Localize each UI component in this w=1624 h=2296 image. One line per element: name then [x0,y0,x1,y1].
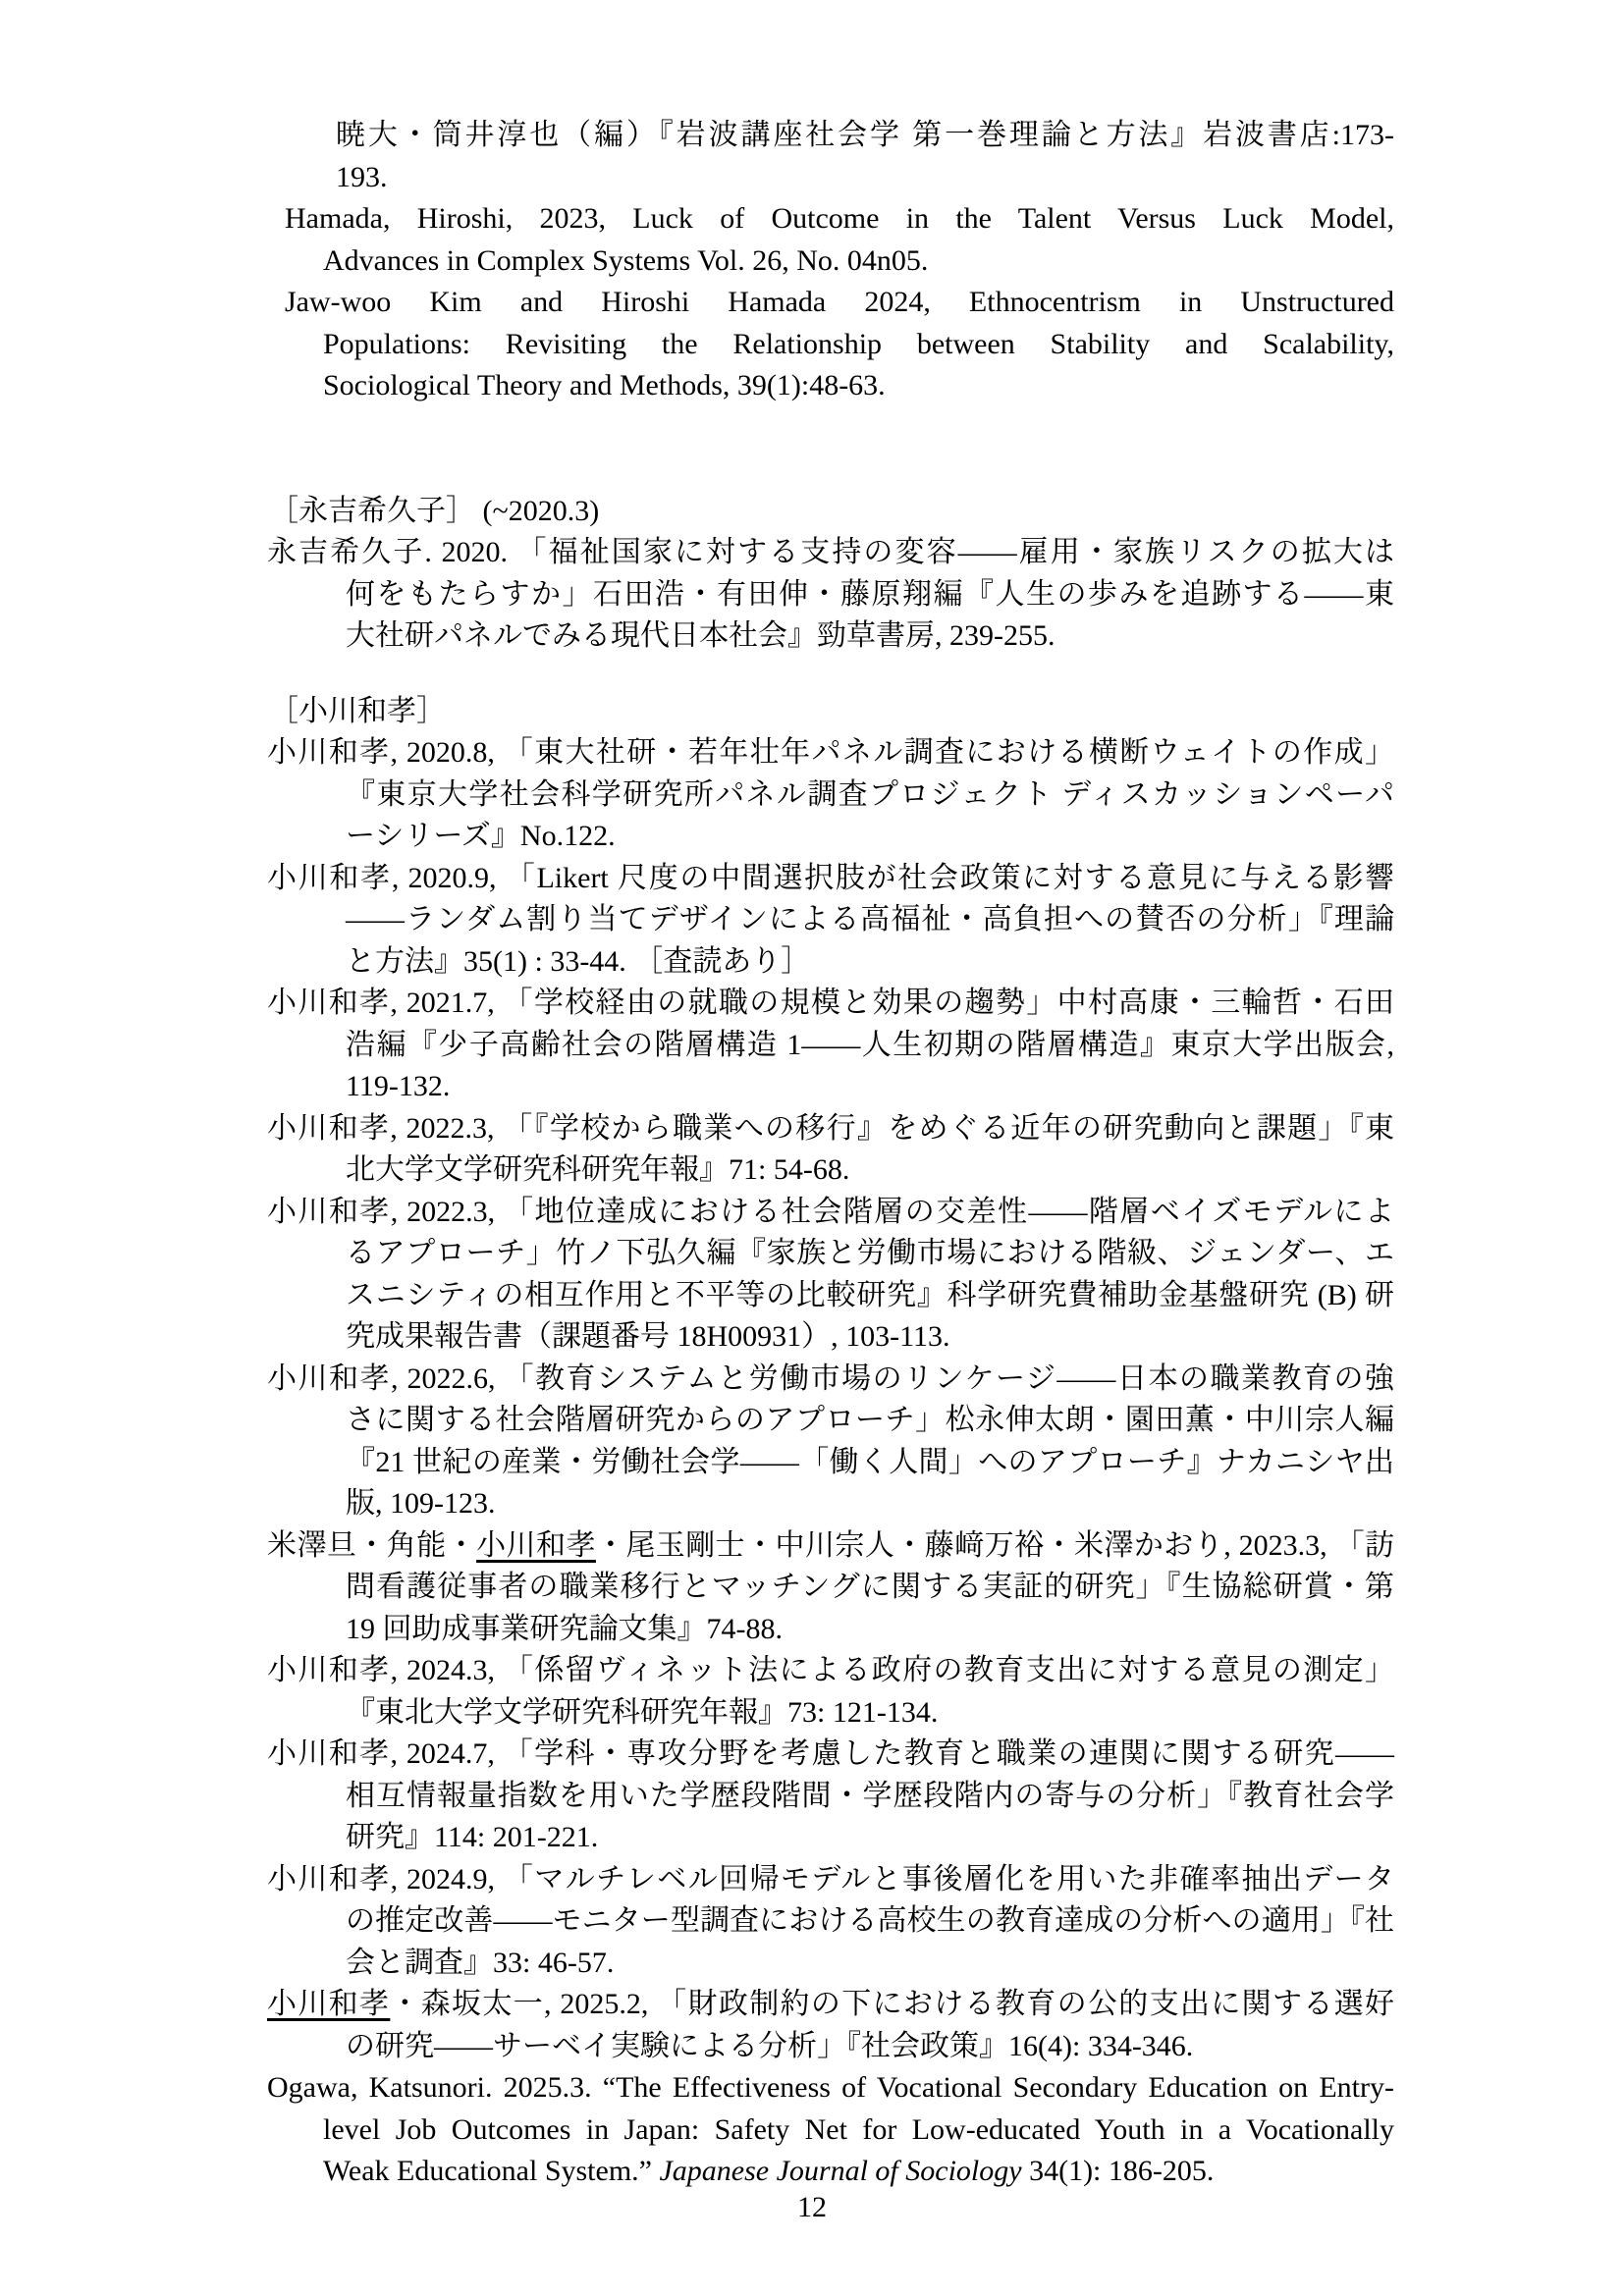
entry-nagayoshi-2020: 永吉希久子. 2020. 「福祉国家に対する支持の変容――雇用・家族リスクの拡大… [267,532,1394,658]
entry-line: 193. [267,157,1394,199]
entry-text: Sociological Theory and Methods, 39(1):4… [323,369,886,401]
entry-line: 小川和孝, 2024.9, 「マルチレベル回帰モデルと事後層化を用いた非確率抽出… [267,1859,1394,1901]
entry-carryover-iwanami: 暁大・筒井淳也（編）『岩波講座社会学 第一巻理論と方法』岩波書店:173-193… [267,115,1394,198]
entry-ogawa-morisaka-2025-2: 小川和孝・森坂太一, 2025.2, 「財政制約の下における教育の公的支出に関す… [267,1984,1394,2067]
page-number: 12 [0,2187,1624,2229]
entry-line: 究成果報告書（課題番号 18H00931）, 103-113. [267,1316,1394,1359]
entry-line: 暁大・筒井淳也（編）『岩波講座社会学 第一巻理論と方法』岩波書店:173- [267,115,1394,157]
entry-line: 小川和孝, 2022.6, 「教育システムと労働市場のリンケージ――日本の職業教… [267,1359,1394,1401]
entry-text: 小川和孝, 2024.7, 「学科・専攻分野を考慮した教育と職業の連関に関する研… [267,1737,1394,1770]
entry-line: 浩編『少子高齢社会の階層構造 1――人生初期の階層構造』東京大学出版会, [267,1025,1394,1067]
entry-line: 小川和孝, 2024.3, 「係留ヴィネット法による政府の教育支出に対する意見の… [267,1650,1394,1692]
entry-text: Weak Educational System.” [323,2155,659,2187]
underlined-author: 小川和孝 [267,1988,390,2020]
entry-text: 究成果報告書（課題番号 18H00931）, 103-113. [346,1320,950,1353]
entry-line: 小川和孝, 2022.3, 「『学校から職業への移行』をめぐる近年の研究動向と課… [267,1108,1394,1150]
entry-text: Advances in Complex Systems Vol. 26, No.… [323,244,928,277]
entry-ogawa-2021-7: 小川和孝, 2021.7, 「学校経由の就職の規模と効果の趨勢」中村高康・三輪哲… [267,983,1394,1108]
entry-line: 小川和孝, 2022.3, 「地位達成における社会階層の交差性――階層ベイズモデ… [267,1192,1394,1234]
entry-line: 版, 109-123. [267,1483,1394,1525]
entry-text: ・森坂太一, 2025.2, 「財政制約の下における教育の公的支出に関する選好 [390,1988,1394,2020]
entry-text: 119-132. [346,1070,450,1102]
entry-text: 小川和孝, 2020.8, 「東大社研・若年壮年パネル調査における横断ウェイトの… [267,736,1394,769]
entry-text: Ogawa, Katsunori. 2025.3. “The Effective… [267,2071,1394,2104]
section-gap [267,407,1394,491]
entry-line: 研究』114: 201-221. [267,1817,1394,1859]
entry-text: 小川和孝, 2024.3, 「係留ヴィネット法による政府の教育支出に対する意見の… [267,1654,1394,1686]
entry-line: 米澤旦・角能・小川和孝・尾玉剛士・中川宗人・藤﨑万裕・米澤かおり, 2023.3… [267,1525,1394,1568]
entry-text: 永吉希久子. 2020. 「福祉国家に対する支持の変容――雇用・家族リスクの拡大… [267,536,1394,568]
entry-ogawa-2020-8: 小川和孝, 2020.8, 「東大社研・若年壮年パネル調査における横断ウェイトの… [267,732,1394,858]
entry-text: ーシリーズ』No.122. [346,820,616,852]
entry-text: 暁大・筒井淳也（編）『岩波講座社会学 第一巻理論と方法』岩波書店:173- [336,119,1394,151]
entry-line: 『東京大学社会科学研究所パネル調査プロジェクト ディスカッションペーパ [267,774,1394,817]
entry-ogawa-2024-7: 小川和孝, 2024.7, 「学科・専攻分野を考慮した教育と職業の連関に関する研… [267,1734,1394,1859]
entry-ogawa-2022-3-review: 小川和孝, 2022.3, 「『学校から職業への移行』をめぐる近年の研究動向と課… [267,1108,1394,1192]
entry-line: level Job Outcomes in Japan: Safety Net … [267,2109,1394,2152]
entry-text: 『21 世紀の産業・労働社会学――「働く人間」へのアプローチ』ナカニシヤ出 [346,1446,1394,1478]
entry-line: Sociological Theory and Methods, 39(1):4… [267,365,1394,407]
entry-text: 版, 109-123. [346,1487,496,1520]
entry-ogawa-2022-3-status: 小川和孝, 2022.3, 「地位達成における社会階層の交差性――階層ベイズモデ… [267,1192,1394,1359]
entry-line: Advances in Complex Systems Vol. 26, No.… [267,240,1394,283]
entry-text: 『東京大学社会科学研究所パネル調査プロジェクト ディスカッションペーパ [346,778,1394,811]
entry-text: の研究――サーベイ実験による分析」『社会政策』16(4): 334-346. [346,2030,1193,2062]
entry-text: と方法』35(1) : 33-44. ［査読あり］ [346,945,810,978]
entry-text: 北大学文学研究科研究年報』71: 54-68. [346,1153,849,1186]
entry-text: 会と調査』33: 46-57. [346,1947,614,1979]
journal-title-italic: Japanese Journal of Sociology [659,2155,1021,2187]
entry-line: ――ランダム割り当てデザインによる高福祉・高負担への賛否の分析」『理論 [267,899,1394,941]
entry-text: 193. [336,161,388,193]
entry-ogawa-2024-3: 小川和孝, 2024.3, 「係留ヴィネット法による政府の教育支出に対する意見の… [267,1650,1394,1734]
entry-text: 米澤旦・角能・ [267,1529,476,1562]
entry-line: 119-132. [267,1066,1394,1108]
bibliography: 暁大・筒井淳也（編）『岩波講座社会学 第一巻理論と方法』岩波書店:173-193… [267,115,1394,2193]
entry-text: 小川和孝, 2024.9, 「マルチレベル回帰モデルと事後層化を用いた非確率抽出… [267,1863,1394,1896]
entry-line: 問看護従事者の職業移行とマッチングに関する実証的研究」『生協総研賞・第 [267,1567,1394,1609]
entry-line: 小川和孝, 2020.9, 「Likert 尺度の中間選択肢が社会政策に対する意… [267,858,1394,900]
entry-text: 小川和孝, 2021.7, 「学校経由の就職の規模と効果の趨勢」中村高康・三輪哲… [267,987,1394,1019]
entry-line: ーシリーズ』No.122. [267,816,1394,858]
entry-line: 小川和孝, 2024.7, 「学科・専攻分野を考慮した教育と職業の連関に関する研… [267,1734,1394,1776]
entry-line: の研究――サーベイ実験による分析」『社会政策』16(4): 334-346. [267,2026,1394,2068]
entry-text: 『東北大学文学研究科研究年報』73: 121-134. [346,1696,938,1729]
entry-line: 相互情報量指数を用いた学歴段階間・学歴段階内の寄与の分析」『教育社会学 [267,1776,1394,1818]
entry-line: 北大学文学研究科研究年報』71: 54-68. [267,1149,1394,1192]
section-header-nagayoshi: ［永吉希久子］ (~2020.3) [267,491,1394,533]
entry-text: 小川和孝, 2020.9, 「Likert 尺度の中間選択肢が社会政策に対する意… [267,862,1394,894]
entry-text: 浩編『少子高齢社会の階層構造 1――人生初期の階層構造』東京大学出版会, [346,1029,1394,1061]
entry-line: 会と調査』33: 46-57. [267,1943,1394,1985]
entry-line: 『21 世紀の産業・労働社会学――「働く人間」へのアプローチ』ナカニシヤ出 [267,1442,1394,1484]
entry-ogawa-2020-9: 小川和孝, 2020.9, 「Likert 尺度の中間選択肢が社会政策に対する意… [267,858,1394,984]
entry-text: ・尾玉剛士・中川宗人・藤﨑万裕・米澤かおり, 2023.3, 「訪 [596,1529,1394,1562]
entry-ogawa-2022-6: 小川和孝, 2022.6, 「教育システムと労働市場のリンケージ――日本の職業教… [267,1359,1394,1525]
entry-line: Jaw-woo Kim and Hiroshi Hamada 2024, Eth… [267,282,1394,324]
entry-line: スニシティの相互作用と不平等の比較研究』科学研究費補助金基盤研究 (B) 研 [267,1275,1394,1317]
entry-line: るアプローチ」竹ノ下弘久編『家族と労働市場における階級、ジェンダー、エ [267,1233,1394,1275]
entry-line: 小川和孝・森坂太一, 2025.2, 「財政制約の下における教育の公的支出に関す… [267,1984,1394,2026]
entry-text: の推定改善――モニター型調査における高校生の教育達成の分析への適用」『社 [346,1904,1394,1937]
section-header-ogawa: ［小川和孝］ [267,691,1394,733]
entry-text: 34(1): 186-205. [1022,2155,1215,2187]
entry-line: 小川和孝, 2020.8, 「東大社研・若年壮年パネル調査における横断ウェイトの… [267,732,1394,774]
document-page: 暁大・筒井淳也（編）『岩波講座社会学 第一巻理論と方法』岩波書店:173-193… [0,0,1624,2296]
entry-yonezawa-2023-3: 米澤旦・角能・小川和孝・尾玉剛士・中川宗人・藤﨑万裕・米澤かおり, 2023.3… [267,1525,1394,1651]
entry-text: 小川和孝, 2022.3, 「地位達成における社会階層の交差性――階層ベイズモデ… [267,1196,1394,1228]
entry-ogawa-2024-9: 小川和孝, 2024.9, 「マルチレベル回帰モデルと事後層化を用いた非確率抽出… [267,1859,1394,1985]
entry-text: Populations: Revisiting the Relationship… [323,328,1394,360]
entry-text: Jaw-woo Kim and Hiroshi Hamada 2024, Eth… [285,286,1394,318]
entry-text: Hamada, Hiroshi, 2023, Luck of Outcome i… [285,202,1394,235]
entry-line: Ogawa, Katsunori. 2025.3. “The Effective… [267,2067,1394,2109]
entry-hamada-2023: Hamada, Hiroshi, 2023, Luck of Outcome i… [267,198,1394,282]
entry-text: スニシティの相互作用と不平等の比較研究』科学研究費補助金基盤研究 (B) 研 [346,1279,1394,1311]
entry-text: るアプローチ」竹ノ下弘久編『家族と労働市場における階級、ジェンダー、エ [346,1237,1394,1269]
entry-text: 研究』114: 201-221. [346,1821,598,1853]
entry-text: 相互情報量指数を用いた学歴段階間・学歴段階内の寄与の分析」『教育社会学 [346,1780,1394,1812]
entry-line: 小川和孝, 2021.7, 「学校経由の就職の規模と効果の趨勢」中村高康・三輪哲… [267,983,1394,1025]
entry-line: 何をもたらすか」石田浩・有田伸・藤原翔編『人生の歩みを追跡する――東 [267,574,1394,616]
underlined-author: 小川和孝 [476,1529,596,1562]
entry-kim-hamada-2024: Jaw-woo Kim and Hiroshi Hamada 2024, Eth… [267,282,1394,407]
entry-text: 19 回助成事業研究論文集』74-88. [346,1613,783,1645]
entry-line: Hamada, Hiroshi, 2023, Luck of Outcome i… [267,198,1394,240]
entry-line: 『東北大学文学研究科研究年報』73: 121-134. [267,1692,1394,1735]
entry-ogawa-katsunori-2025-3: Ogawa, Katsunori. 2025.3. “The Effective… [267,2067,1394,2193]
section-gap [267,658,1394,691]
entry-line: と方法』35(1) : 33-44. ［査読あり］ [267,941,1394,984]
entry-text: 大社研パネルでみる現代日本社会』勁草書房, 239-255. [346,619,1056,652]
entry-line: の推定改善――モニター型調査における高校生の教育達成の分析への適用」『社 [267,1900,1394,1943]
entry-text: ――ランダム割り当てデザインによる高福祉・高負担への賛否の分析」『理論 [346,903,1394,935]
entry-text: 何をもたらすか」石田浩・有田伸・藤原翔編『人生の歩みを追跡する――東 [346,578,1394,611]
entry-text: さに関する社会階層研究からのアプローチ」松永伸太朗・園田薫・中川宗人編 [346,1404,1394,1436]
entry-text: 小川和孝, 2022.6, 「教育システムと労働市場のリンケージ――日本の職業教… [267,1362,1394,1395]
entry-line: 大社研パネルでみる現代日本社会』勁草書房, 239-255. [267,615,1394,658]
entry-text: 問看護従事者の職業移行とマッチングに関する実証的研究」『生協総研賞・第 [346,1571,1394,1603]
entry-line: 19 回助成事業研究論文集』74-88. [267,1609,1394,1651]
entry-line: さに関する社会階層研究からのアプローチ」松永伸太朗・園田薫・中川宗人編 [267,1400,1394,1442]
entry-line: Populations: Revisiting the Relationship… [267,324,1394,366]
entry-text: 小川和孝, 2022.3, 「『学校から職業への移行』をめぐる近年の研究動向と課… [267,1112,1394,1145]
entry-line: 永吉希久子. 2020. 「福祉国家に対する支持の変容――雇用・家族リスクの拡大… [267,532,1394,574]
entry-text: level Job Outcomes in Japan: Safety Net … [323,2113,1394,2146]
